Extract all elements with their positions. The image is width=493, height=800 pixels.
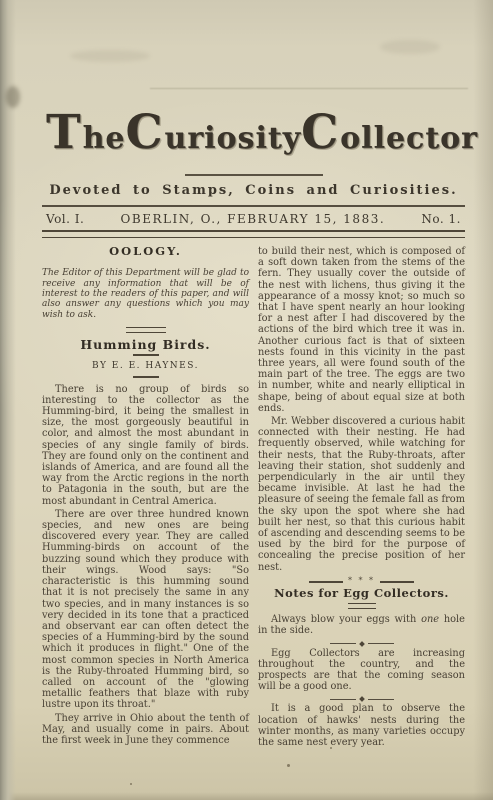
- diamond-icon: [359, 696, 365, 702]
- article-title: Humming Birds.: [42, 339, 249, 350]
- asterism-icon: * * *: [348, 578, 375, 584]
- divider-line: [330, 699, 356, 700]
- masthead-rule: [185, 174, 323, 176]
- article-paragraph: They arrive in Ohio about the tenth of M…: [42, 713, 249, 747]
- notes-section-title: Notes for Egg Collectors.: [258, 588, 465, 599]
- article-paragraph: to build their nest, which is composed o…: [258, 246, 465, 414]
- diamond-icon: [359, 641, 365, 647]
- divider-line: [368, 643, 394, 644]
- masthead-title: The Curiosity Collector: [42, 104, 465, 167]
- left-column: OOLOGY. The Editor of this Department wi…: [42, 246, 249, 748]
- volume-label: Vol. I.: [46, 212, 84, 226]
- title-rule: [133, 354, 159, 356]
- masthead-word-collector: Collector: [301, 104, 478, 167]
- stain-speck: [130, 783, 132, 785]
- diamond-divider: [258, 642, 465, 646]
- note-text: Always blow your eggs with: [271, 614, 421, 625]
- stain-speck: [287, 764, 290, 767]
- divider-line: [330, 643, 356, 644]
- column-container: OOLOGY. The Editor of this Department wi…: [42, 246, 465, 748]
- article-paragraph: There are over three hundred known speci…: [42, 509, 249, 711]
- place-date-label: OBERLIN, O., FEBRUARY 15, 1883.: [121, 212, 386, 226]
- article-paragraph: Mr. Webber discovered a curious habit co…: [258, 416, 465, 573]
- notes-title-rule: [348, 603, 376, 609]
- note-item: Egg Collectors are increasing throughout…: [258, 648, 465, 693]
- right-column: to build their nest, which is composed o…: [258, 246, 465, 748]
- department-heading: OOLOGY.: [42, 246, 249, 257]
- dateline-row: Vol. I. OBERLIN, O., FEBRUARY 15, 1883. …: [42, 207, 465, 230]
- asterism-divider: * * *: [258, 579, 465, 585]
- divider-line: [380, 581, 414, 583]
- diamond-divider: [258, 697, 465, 701]
- issue-label: No. 1.: [421, 212, 461, 226]
- byline-rule: [133, 376, 159, 378]
- masthead-word-the: The: [46, 104, 126, 167]
- divider-line: [309, 581, 343, 583]
- page-content: The Curiosity Collector Devoted to Stamp…: [42, 0, 465, 748]
- double-rule-divider: [126, 327, 166, 333]
- newspaper-page: The Curiosity Collector Devoted to Stamp…: [0, 0, 493, 800]
- editor-note: The Editor of this Department will be gl…: [42, 268, 249, 320]
- article-byline: BY E. E. HAYNES.: [42, 361, 249, 372]
- note-item: Always blow your eggs with one hole in t…: [258, 614, 465, 636]
- double-rule: [42, 230, 465, 238]
- masthead-subtitle: Devoted to Stamps, Coins and Curiosities…: [42, 183, 465, 198]
- masthead-word-curiosity: Curiosity: [126, 104, 302, 167]
- divider-line: [368, 699, 394, 700]
- ink-stain: [6, 86, 20, 108]
- note-emphasis: one: [421, 614, 439, 625]
- note-item: It is a good plan to observe the locatio…: [258, 703, 465, 748]
- article-paragraph: There is no group of birds so interestin…: [42, 384, 249, 507]
